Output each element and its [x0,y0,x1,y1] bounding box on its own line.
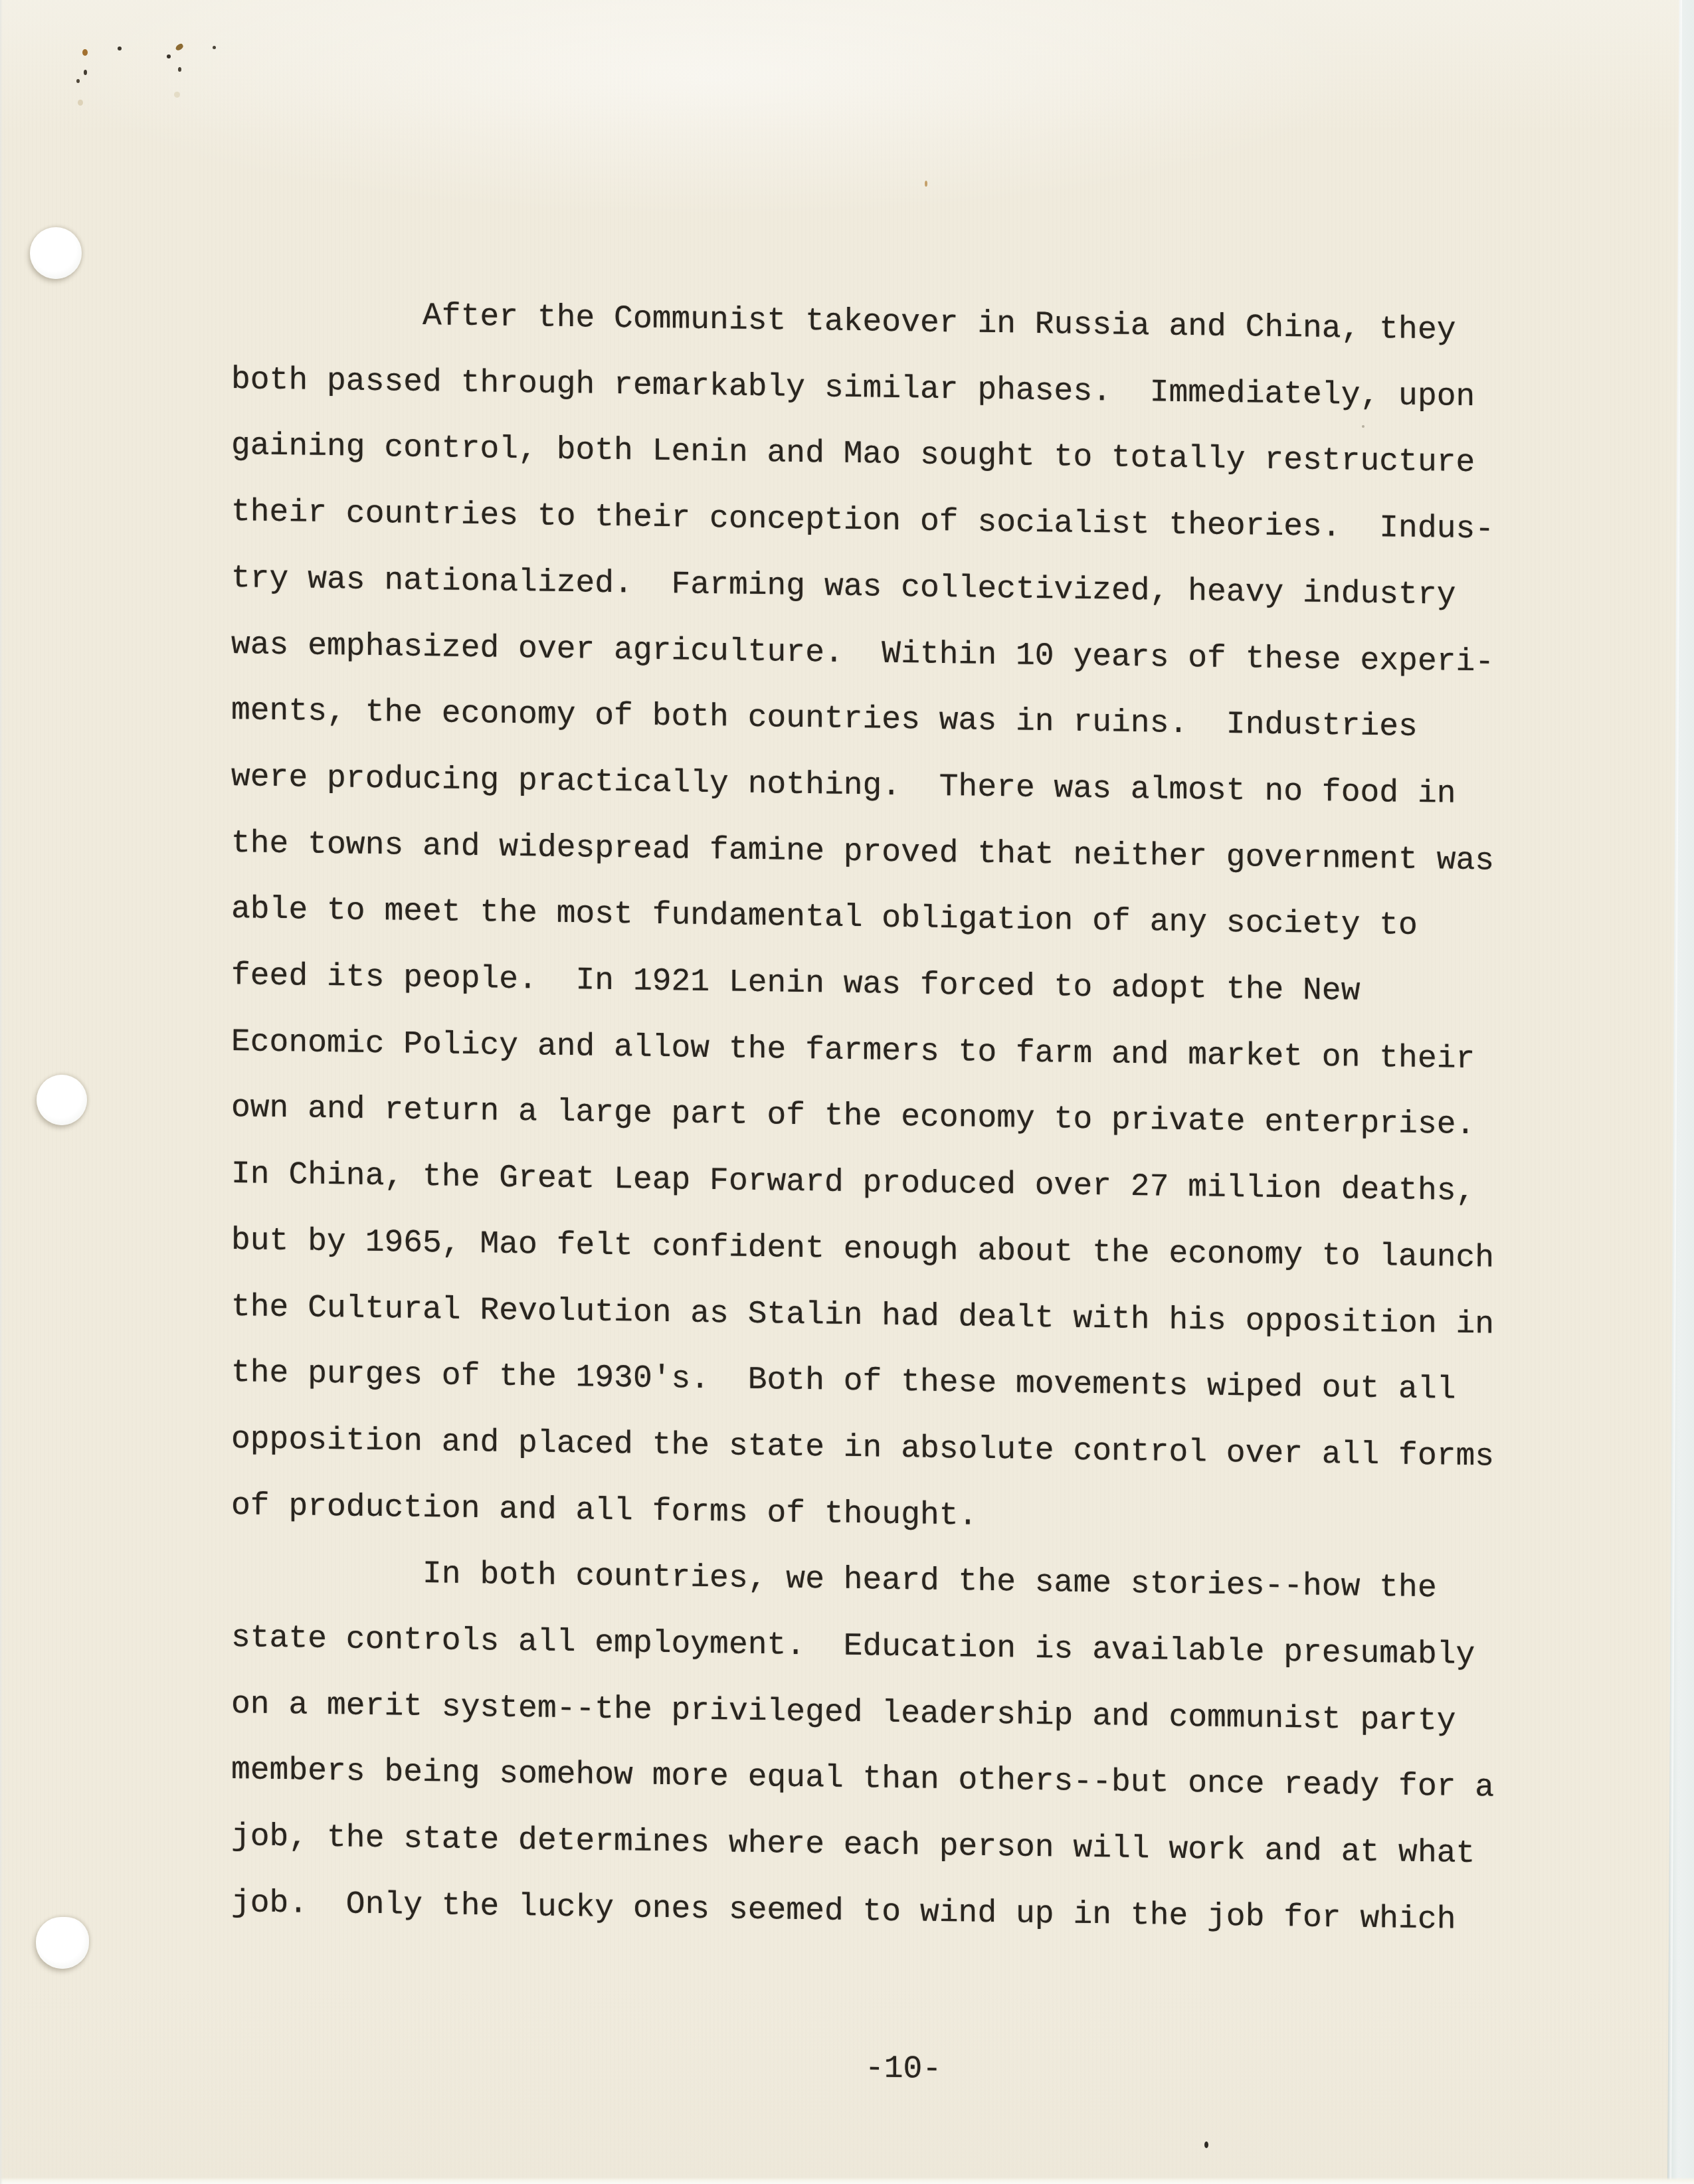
scan-edge-bottom [0,2177,1694,2184]
ink-speck [118,46,122,50]
hole-punch-middle [37,1075,87,1125]
page-number: -10- [865,2035,941,2103]
paper-blemish [174,92,180,98]
ink-speck [175,43,184,52]
hole-punch-bottom [36,1917,89,1969]
typed-text-block: After the Communist takeover in Russia a… [231,281,1566,1956]
ink-speck [82,49,88,56]
hole-punch-top [30,227,82,279]
body-paragraph-1: After the Communist takeover in Russia a… [231,281,1566,1558]
ink-speck [84,70,87,75]
document-page: After the Communist takeover in Russia a… [0,0,1694,2184]
ink-speck [178,67,181,72]
ink-speck [213,46,216,49]
body-paragraph-2: In both countries, we heard the same sto… [231,1539,1566,1955]
ink-speck [167,54,171,58]
ink-speck [76,79,80,83]
paper-blemish [925,181,927,187]
ink-speck [1204,2141,1208,2148]
paper-blemish [78,100,83,106]
scan-edge-left [0,0,3,2184]
